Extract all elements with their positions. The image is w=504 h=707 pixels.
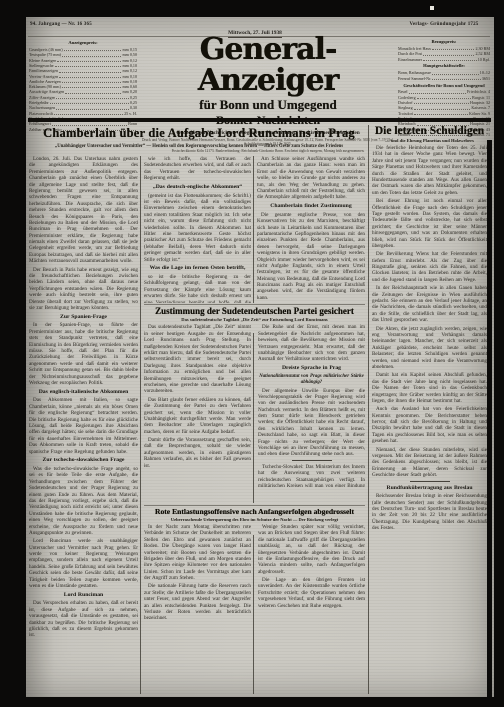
dot-leader: [423, 55, 474, 56]
price-value: 10 Rpf.: [478, 57, 490, 62]
zustimmung-deck: Das sudetendeutsche Tagblatt „Die Zeit“ …: [144, 317, 365, 322]
paragraph: so ist die britische Regierung zu der Sc…: [144, 274, 251, 303]
paragraph: Die Bevölkerung Wiens hat die Feierstund…: [372, 251, 487, 283]
office-list: Bonn, Rathausgasse 10–12 Fernruf Sammel-…: [398, 70, 490, 81]
ebro-section: Rote Entlastungsoffensive nach Anfangser…: [144, 508, 365, 679]
office-label: Fernruf Sammel-Nr.: [398, 76, 431, 81]
dot-leader: [59, 72, 121, 73]
zustimmung-headline: Zustimmung der Sudetendeutschen Partei g…: [144, 307, 365, 316]
ad-price-value: 25 v. H.: [124, 111, 137, 116]
paragraph: Die Akten, die jetzt zugänglich werden, …: [372, 326, 487, 371]
column-4: Die letzten Schuldigen — und die Ehrung …: [372, 125, 487, 694]
schuldige-headline: Die letzten Schuldigen: [372, 125, 487, 137]
subhead-tschecho: Zur tschecho-slowakischen Frage: [29, 457, 138, 464]
lead-headline: Chamberlain über die Aufgabe Lord Runcim…: [30, 127, 368, 140]
dreiste-sprache-deck: Nationalitätenstatut von Prags militäris…: [258, 374, 365, 386]
office-title: Hauptgeschäftsstelle:: [398, 63, 490, 69]
edition-number: 94. Jahrgang — Nr. 16 365: [30, 22, 155, 27]
item-separator: [410, 481, 450, 482]
column-divider-2a: [253, 156, 254, 303]
zustimmung-columns: Das sudetendeutsche Tagblatt „Die Zeit“ …: [144, 324, 365, 487]
paragraph: Die gesamte englische Presse, von den Ko…: [257, 212, 365, 301]
dot-leader: [414, 114, 468, 115]
price-row: Einzelnummer 10 Rpf.: [398, 57, 490, 62]
agency-title: Geschäftsstellen für Bonn und Umgegend: [398, 83, 490, 89]
masthead-rule: [28, 118, 491, 122]
paragraph: Der Besuch in Paris habe erneut gezeigt,…: [29, 267, 138, 312]
dot-leader: [54, 114, 123, 115]
column-4-body: Die feierliche Heimholung der Toten des …: [372, 145, 487, 533]
section-rule: [144, 304, 365, 305]
column-divider-2c: [253, 535, 254, 694]
paragraph: Das Blatt glaubt ferner erklären zu könn…: [144, 397, 251, 435]
dot-leader: [417, 98, 471, 99]
dot-leader: [55, 66, 122, 67]
dot-leader: [64, 50, 122, 51]
paragraph: Reichssender Breslau bringt in einer Rei…: [372, 493, 487, 531]
paragraph: Am Schlusse seiner Ausführungen wandte s…: [257, 156, 365, 201]
dot-leader: [62, 56, 121, 57]
dot-leader: [57, 61, 121, 62]
newspaper-front-page: 94. Jahrgang — Nr. 16 365 Mittwoch, 27. …: [0, 0, 504, 707]
ebro-right-column: Wenige Stunden später war völlig vernich…: [258, 524, 365, 679]
paragraph: Die feierliche Heimholung der Toten des …: [372, 145, 487, 196]
subhead-lord-runciman: Lord Runciman: [29, 592, 138, 599]
dot-leader: [62, 82, 122, 83]
paragraph: Die Lage an den übrigen Fronten ist unve…: [258, 577, 365, 609]
paragraph: Tschecho-Slowakei: Das Ministerium des I…: [258, 464, 365, 488]
subhead-dreiste-sprache: Dreiste Sprache in Prag: [258, 365, 365, 372]
column-2: wie ich hoffe, das Vertrauen der Sudeten…: [144, 156, 251, 303]
ebro-headline: Rote Entlastungsoffensive nach Anfangser…: [144, 508, 365, 516]
dot-leader: [56, 98, 128, 99]
zustimmung-left-column: Das sudetendeutsche Tagblatt „Die Zeit“ …: [144, 324, 251, 487]
subhead-deutsch-englisch: „Das deutsch-englische Abkommen“: [144, 184, 251, 191]
ebro-columns: In der Nacht zum Montag überschritten ro…: [144, 524, 365, 679]
dot-leader: [414, 109, 471, 110]
paragraph: Niemand, der diese Stunden miterlebte, w…: [372, 447, 487, 479]
column-1: London, 26. Juli. Das Unterhaus nahm ges…: [29, 156, 138, 694]
subhead-chamberlain-zustimmung: Chamberlain findet Zustimmung: [257, 203, 365, 210]
price-list: Monatlich frei Haus 2,30 RM Durch die Po…: [398, 46, 490, 62]
dot-leader: [65, 93, 121, 94]
dot-leader: [432, 74, 479, 75]
price-label: Einzelnummer: [398, 57, 422, 62]
dot-leader: [50, 103, 129, 104]
paragraph: Bei dieser Ehrung ist noch einmal vor al…: [372, 198, 487, 249]
office-row: Fernruf Sammel-Nr. 3651: [398, 76, 490, 81]
subhead-ferner-osten: Was die Lage im fernen Osten betrifft,: [144, 265, 251, 272]
lead-deck: „Unabhängiger Untersucher und Vermittler…: [30, 144, 368, 149]
paragraph: In der Reichshauptstadt wie in allen Gau…: [372, 285, 487, 323]
column-divider-2b: [253, 333, 254, 503]
newspaper-title: General-Anzeiger: [138, 35, 398, 96]
scan-artifact: [430, 6, 434, 10]
ebro-deck: Ueberraschende Ueberquerung des Ebro im …: [144, 517, 365, 522]
dot-leader: [62, 87, 122, 88]
ad-price-title: Anzeigenpreis:: [29, 40, 137, 46]
price-title: Bezugspreis:: [398, 39, 490, 45]
office-value: 3651: [482, 76, 490, 81]
column-divider-1: [140, 156, 141, 694]
paragraph: Wenige Stunden später war völlig vernich…: [258, 524, 365, 575]
subhead-breslau: Rundfunkübertragung aus Breslau: [372, 485, 487, 492]
paragraph: Damit hat ein Kapitel seinen Abschluß ge…: [372, 372, 487, 404]
paragraph: In der Nacht zum Montag überschritten ro…: [144, 524, 251, 582]
founding-year: Verlags- Gründungsjahr 1725: [398, 22, 490, 27]
scan-edge-bar: [487, 140, 492, 697]
column-divider-3: [368, 125, 369, 694]
schuldige-deck: — und die Ehrung Planettas und Holzweber…: [372, 138, 487, 143]
zustimmung-section: Zustimmung der Sudetendeutschen Partei g…: [144, 307, 365, 487]
dot-leader: [423, 60, 477, 61]
dot-leader: [432, 79, 481, 80]
paragraph: Der allgemeine Unwille Europas über die …: [258, 388, 365, 458]
ebro-left-column: In der Nacht zum Montag überschritten ro…: [144, 524, 251, 679]
paragraph: Das Versprechen erhalten zu haben, daß e…: [29, 600, 138, 638]
paragraph: Was die tschecho-slowakische Frage angeh…: [29, 466, 138, 536]
dot-leader: [59, 77, 121, 78]
paragraph: Die nationale Führung hatte die Reserven…: [144, 583, 251, 621]
imprint-line-2: Postscheckkonto Köln 12173. Bankverbindu…: [138, 149, 398, 154]
dot-leader: [56, 109, 129, 110]
paragraph: Die Ruhe und der Ernst, mit denen man im…: [258, 324, 365, 362]
paragraph: In der Spanien-Frage, so führte der Prem…: [29, 322, 138, 386]
zustimmung-right-column: Die Ruhe und der Ernst, mit denen man im…: [258, 324, 365, 487]
dot-leader: [409, 93, 466, 94]
subhead-spanien: Zur Spanien-Frage: [29, 314, 138, 321]
column-3: Am Schlusse seiner Ausführungen wandte s…: [257, 156, 365, 303]
section-rule: [144, 505, 365, 506]
paragraph: Damit dürfte die Voraussetzung geschaffe…: [144, 437, 251, 469]
newspaper-region: für Bonn und Umgegend: [138, 97, 398, 113]
dot-leader: [432, 49, 474, 50]
paragraph: London, 26. Juli. Das Unterhaus nahm ges…: [29, 156, 138, 265]
item-separator: [292, 460, 332, 461]
paragraph: Auch das Ausland hat von den Feierlichke…: [372, 406, 487, 444]
paragraph: Lord Runciman werde als unabhängiger Unt…: [29, 538, 138, 589]
paragraph: wie ich hoffe, das Vertrauen der Sudeten…: [144, 156, 251, 182]
paragraph: Das Abkommen mit Italien, so sagte Chamb…: [29, 397, 138, 455]
paragraph: Das sudetendeutsche Tagblatt „Die Zeit“ …: [144, 324, 251, 394]
paragraph: (gemeint ist das Flottenabkommen; die Sc…: [144, 193, 251, 263]
ad-price-box: Anzeigenpreis: Grundpreis (46 mm) mm 0,1…: [29, 40, 137, 139]
dot-leader: [414, 103, 469, 104]
subhead-englisch-italienisch: Das englisch-italienische Abkommen: [29, 389, 138, 396]
